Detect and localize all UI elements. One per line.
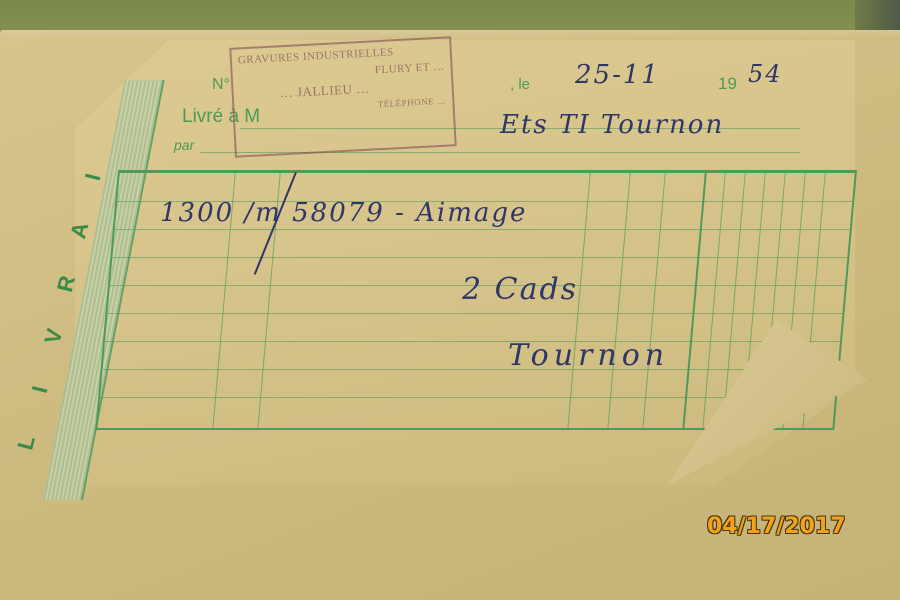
table-column: [702, 173, 725, 428]
handwritten-line-1: 1300 /m 58079 - Aimage: [160, 198, 527, 228]
handwritten-line-3: Tournon: [508, 338, 669, 373]
camera-date-stamp: 04/17/2017: [707, 514, 846, 539]
spine-letter: I: [80, 171, 107, 183]
table-column: [607, 173, 630, 428]
table-column: [682, 173, 706, 428]
spine-letter: A: [65, 219, 94, 241]
rubber-stamp: GRAVURES INDUSTRIELLES FLURY ET … … JALL…: [229, 36, 456, 157]
handwritten-recipient: Ets TI Tournon: [500, 110, 724, 140]
spine-letter: R: [52, 273, 81, 295]
spine-letter: V: [39, 326, 68, 347]
table-column: [642, 173, 665, 428]
handwritten-date: 25-11: [575, 60, 660, 90]
spine-letter: L: [13, 433, 41, 452]
by-label: par: [174, 137, 194, 153]
year-prefix-label: 19: [718, 74, 737, 94]
number-label: N°: [212, 76, 230, 94]
handwritten-line-2: 2 Cads: [462, 272, 578, 307]
spine-letter: I: [27, 384, 54, 396]
date-prefix-label: , le: [510, 76, 530, 93]
handwritten-year: 54: [748, 60, 783, 88]
